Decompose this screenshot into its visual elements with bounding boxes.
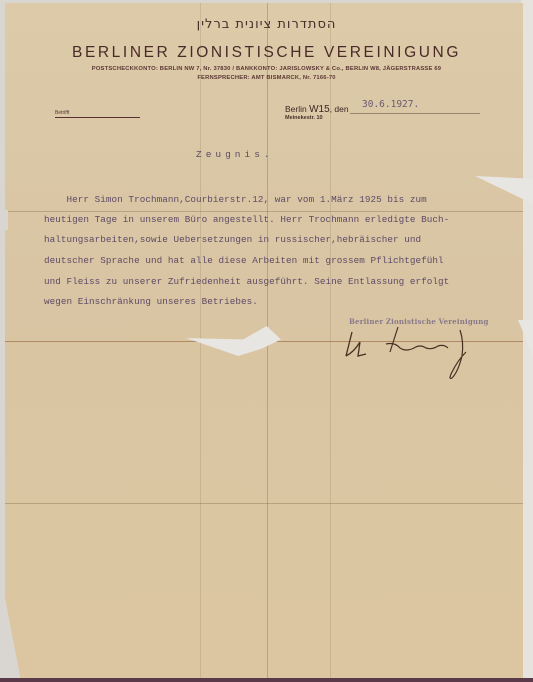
betreff-line: [55, 117, 140, 118]
body-line: Herr Simon Trochmann,Courbierstr.12, war…: [44, 194, 427, 205]
body-line: heutigen Tage in unserem Büro angestellt…: [44, 214, 449, 225]
letterhead-street: Meinekestr. 10: [285, 115, 323, 121]
fold-line-horizontal: [5, 503, 523, 504]
letter-date: 30.6.1927.: [362, 99, 419, 110]
letter-place: Berlin W15, den: [285, 104, 349, 115]
letterhead-hebrew-name: הסתדרות ציונית ברלין: [0, 17, 533, 32]
city-prefix: Berlin: [285, 104, 309, 114]
letterhead-bank-details: POSTSCHECKKONTO: BERLIN NW 7, Nr. 37830 …: [0, 66, 533, 72]
betreff-label: Betrifft: [55, 110, 69, 116]
body-line: deutscher Sprache und hat alle diese Arb…: [44, 255, 444, 266]
body-line: und Fleiss zu unserer Zufriedenheit ausg…: [44, 276, 449, 287]
date-line: [350, 113, 480, 114]
city-district: W15: [309, 104, 330, 115]
city-suffix: , den: [330, 104, 349, 114]
letterhead-phone: FERNSPRECHER: AMT BISMARCK, Nr. 7166-70: [0, 75, 533, 81]
fold-line-horizontal: [5, 211, 523, 212]
paper-notch: [0, 210, 8, 230]
document-title: Zeugnis.: [196, 149, 274, 160]
background-bottom: [0, 678, 533, 682]
body-line: wegen Einschränkung unseres Betriebes.: [44, 296, 258, 307]
body-line: haltungsarbeiten,sowie Uebersetzungen in…: [44, 234, 421, 245]
signature: [340, 322, 490, 382]
letterhead-organization: BERLINER ZIONISTISCHE VEREINIGUNG: [0, 44, 533, 62]
